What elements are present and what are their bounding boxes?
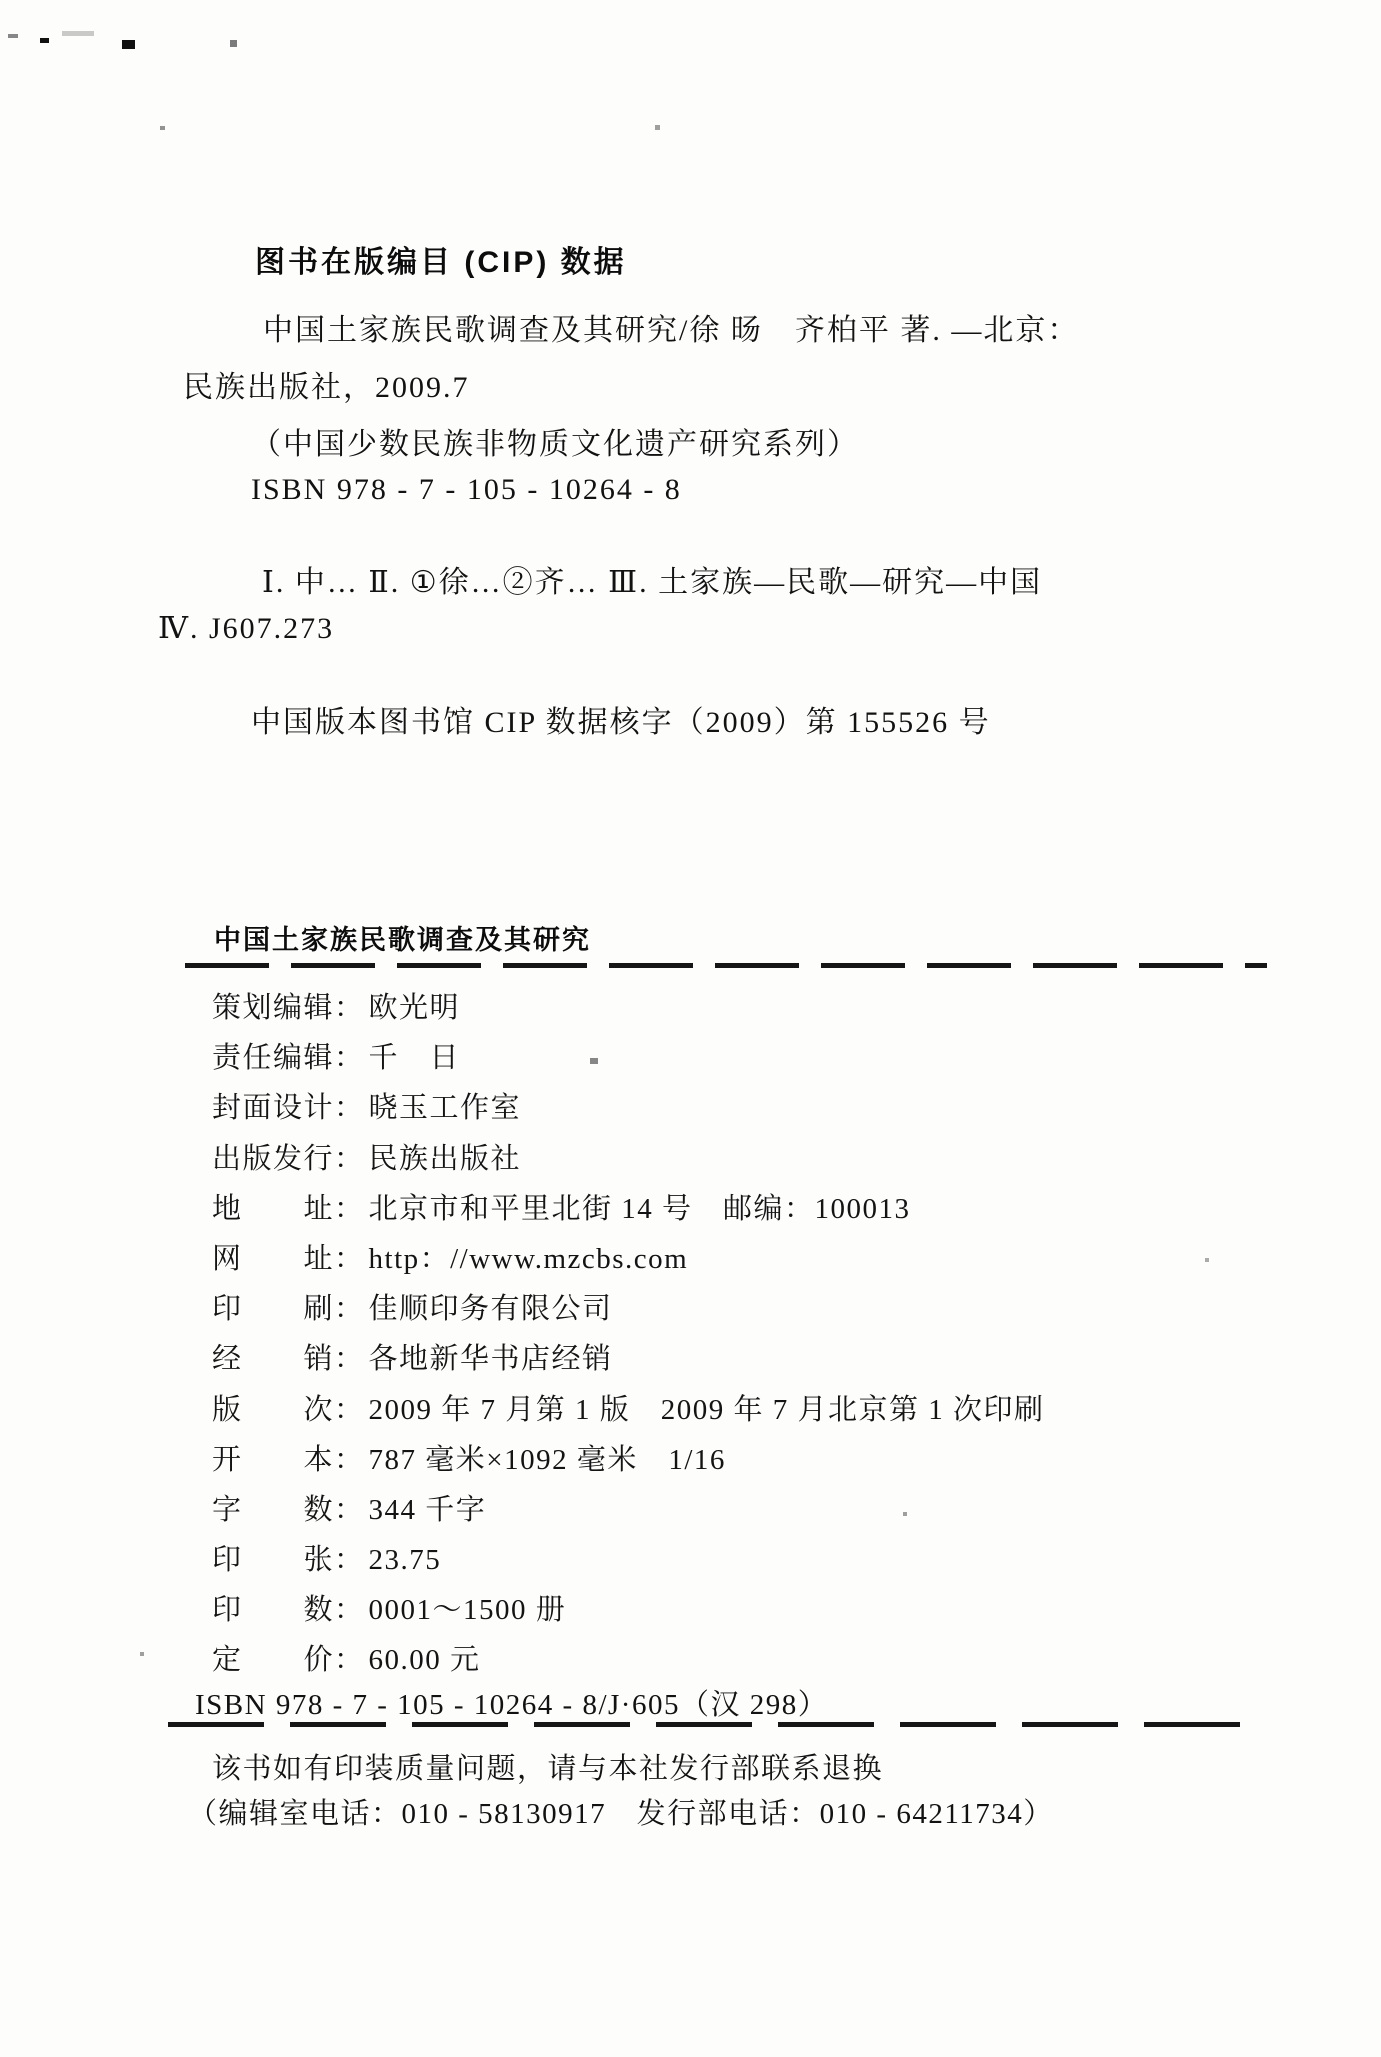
scan-artifact xyxy=(160,126,165,130)
colophon-entries: 策划编辑：欧光明 责任编辑：千 日 封面设计：晓玉工作室 出版发行：民族出版社 … xyxy=(212,985,1045,1688)
entry-value: 787 毫米×1092 毫米 1/16 xyxy=(369,1444,726,1476)
entry-value: 北京市和平里北街 14 号 邮编：100013 xyxy=(369,1193,911,1225)
cip-header: 图书在版编目 (CIP) 数据 xyxy=(255,237,627,281)
cip-series-line: （中国少数民族非物质文化遗产研究系列） xyxy=(251,419,859,463)
entry-value: 欧光明 xyxy=(369,992,461,1024)
colophon-divider-top xyxy=(185,963,1267,968)
entry-value: 2009 年 7 月第 1 版 2009 年 7 月北京第 1 次印刷 xyxy=(369,1394,1045,1426)
entry-label: 经 销： xyxy=(212,1336,365,1377)
colophon-entry-row: 经 销：各地新华书店经销 xyxy=(212,1336,1045,1386)
entry-label: 印 刷： xyxy=(212,1286,365,1327)
cip-isbn-line: ISBN 978 - 7 - 105 - 10264 - 8 xyxy=(251,473,682,507)
colophon-entry-row: 印 数：0001～1500 册 xyxy=(212,1587,1045,1637)
entry-value: 晓玉工作室 xyxy=(369,1092,522,1124)
colophon-entry-row: 字 数：344 千字 xyxy=(212,1487,1045,1537)
colophon-entry-row: 地 址：北京市和平里北街 14 号 邮编：100013 xyxy=(212,1186,1045,1236)
cip-title-author-line: 中国土家族民歌调查及其研究/徐 旸 齐柏平 著. —北京： xyxy=(263,305,1079,349)
scan-artifact xyxy=(8,34,18,38)
entry-label: 开 本： xyxy=(212,1437,365,1478)
entry-value: 344 千字 xyxy=(369,1494,487,1526)
colophon-book-title: 中国土家族民歌调查及其研究 xyxy=(214,918,591,957)
entry-value: 23.75 xyxy=(369,1544,442,1576)
entry-label: 字 数： xyxy=(212,1487,365,1528)
entry-value: 60.00 元 xyxy=(369,1644,481,1676)
entry-value: http：//www.mzcbs.com xyxy=(369,1243,689,1275)
entry-value: 佳顺印务有限公司 xyxy=(369,1293,613,1325)
colophon-divider-bottom xyxy=(168,1722,1243,1727)
cip-classification-line-1: Ⅰ. 中… Ⅱ. ①徐…②齐… Ⅲ. 土家族—民歌—研究—中国 xyxy=(262,557,1042,601)
colophon-entry-row: 定 价：60.00 元 xyxy=(212,1637,1045,1687)
entry-label: 定 价： xyxy=(212,1637,365,1678)
entry-label: 网 址： xyxy=(212,1236,365,1277)
entry-label: 封面设计： xyxy=(212,1085,365,1126)
colophon-entry-row: 网 址：http：//www.mzcbs.com xyxy=(212,1236,1045,1286)
cip-classification-line-2: Ⅳ. J607.273 xyxy=(158,611,334,646)
entry-value: 0001～1500 册 xyxy=(369,1594,567,1626)
colophon-entry-row: 开 本：787 毫米×1092 毫米 1/16 xyxy=(212,1437,1045,1487)
cip-record-line: 中国版本图书馆 CIP 数据核字（2009）第 155526 号 xyxy=(251,697,991,741)
entry-label: 出版发行： xyxy=(212,1136,365,1177)
colophon-entry-row: 印 张：23.75 xyxy=(212,1537,1045,1587)
colophon-entry-row: 出版发行：民族出版社 xyxy=(212,1136,1045,1186)
colophon-isbn-line: ISBN 978 - 7 - 105 - 10264 - 8/J·605（汉 2… xyxy=(195,1682,828,1723)
entry-label: 版 次： xyxy=(212,1387,365,1428)
colophon-entry-row: 责任编辑：千 日 xyxy=(212,1035,1045,1085)
contact-phones-line: （编辑室电话：010 - 58130917 发行部电话：010 - 642117… xyxy=(188,1791,1054,1832)
entry-value: 民族出版社 xyxy=(369,1143,522,1175)
colophon-entry-row: 策划编辑：欧光明 xyxy=(212,985,1045,1035)
entry-value: 各地新华书店经销 xyxy=(369,1343,613,1375)
colophon-entry-row: 印 刷：佳顺印务有限公司 xyxy=(212,1286,1045,1336)
scan-artifact xyxy=(122,40,135,49)
entry-label: 印 张： xyxy=(212,1537,365,1578)
entry-label: 地 址： xyxy=(212,1186,365,1227)
quality-notice-line: 该书如有印装质量问题，请与本社发行部联系退换 xyxy=(212,1746,883,1787)
scan-artifact xyxy=(62,31,94,36)
colophon-entry-row: 封面设计：晓玉工作室 xyxy=(212,1085,1045,1135)
scan-artifact xyxy=(40,38,49,43)
entry-label: 责任编辑： xyxy=(212,1035,365,1076)
entry-label: 策划编辑： xyxy=(212,985,365,1026)
entry-value: 千 日 xyxy=(369,1042,461,1074)
entry-label: 印 数： xyxy=(212,1587,365,1628)
cip-publisher-year-line: 民族出版社，2009.7 xyxy=(183,362,470,406)
scan-artifact xyxy=(140,1652,144,1656)
book-copyright-page: 图书在版编目 (CIP) 数据 中国土家族民歌调查及其研究/徐 旸 齐柏平 著.… xyxy=(0,0,1381,2057)
scan-artifact xyxy=(655,125,660,130)
colophon-entry-row: 版 次：2009 年 7 月第 1 版 2009 年 7 月北京第 1 次印刷 xyxy=(212,1387,1045,1437)
scan-artifact xyxy=(1205,1258,1209,1262)
scan-artifact xyxy=(230,40,237,47)
